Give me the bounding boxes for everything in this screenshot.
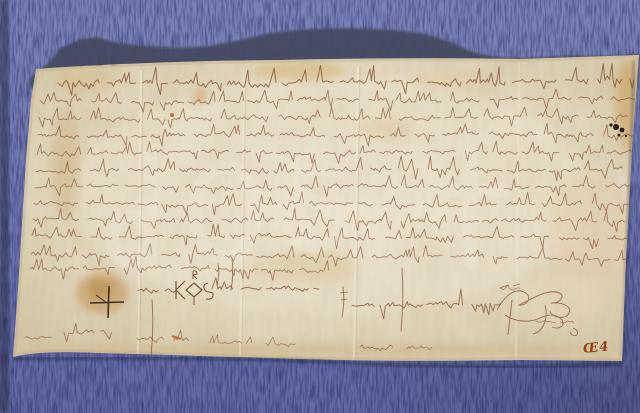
photo-canvas: Œ4 <box>0 0 640 413</box>
shelfmark: Œ4 <box>582 339 610 357</box>
left-edge-shadow <box>0 0 9 413</box>
charter-photograph: Œ4 <box>0 0 640 413</box>
